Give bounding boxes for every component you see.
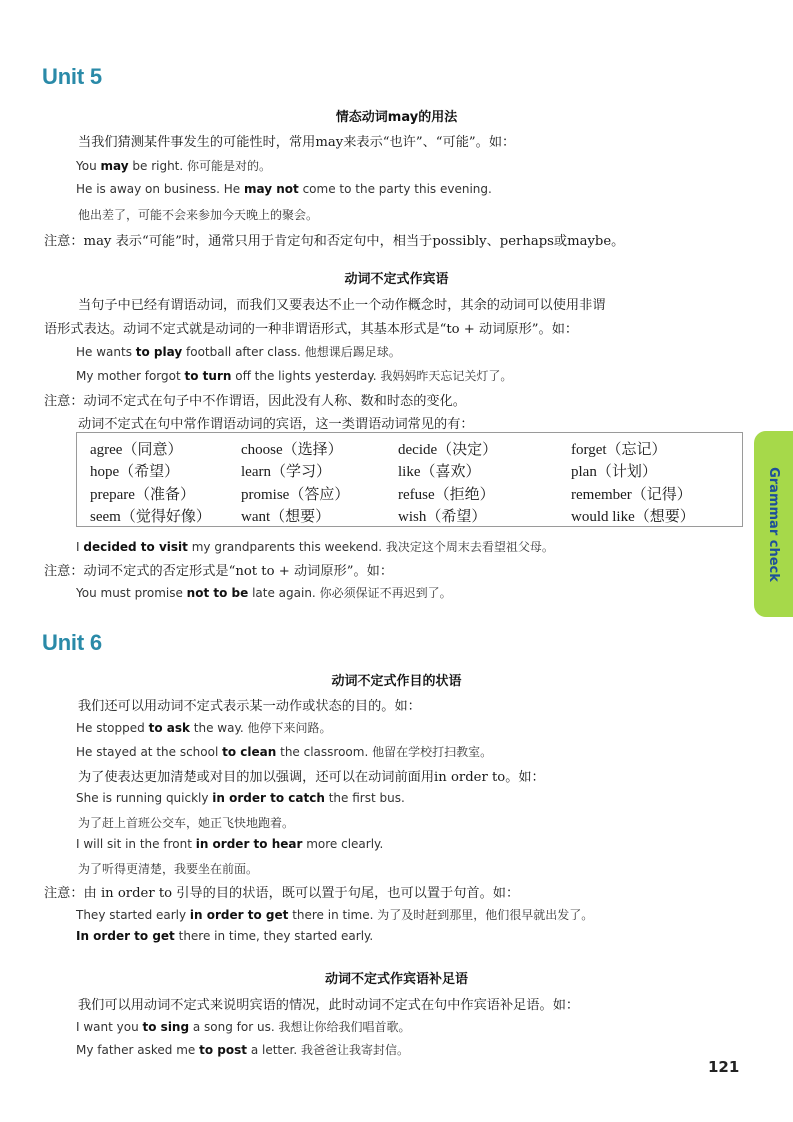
- unit6-s1-note: 注意：由 in order to 引导的目的状语，既可以置于句尾，也可以置于句首…: [44, 882, 519, 901]
- verb-cell: agree（同意）: [90, 438, 182, 459]
- unit5-s2-note2: 动词不定式在句中常作谓语动词的宾语，这一类谓语动词常见的有：: [78, 413, 474, 432]
- unit5-s1-intro: 当我们猜测某件事发生的可能性时，常用may来表示“也许”、“可能”。如：: [78, 131, 515, 150]
- unit5-s1-note: 注意：may 表示“可能”时，通常只用于肯定句和否定句中，相当于possibly…: [44, 230, 624, 249]
- grammar-check-tab-label: Grammar check: [754, 431, 793, 617]
- unit6-s1-example1: He stopped to ask the way. 他停下来问路。: [76, 719, 331, 736]
- unit5-s1-example2: He is away on business. He may not come …: [76, 182, 492, 196]
- unit6-s1-example4-cn: 为了听得更清楚，我要坐在前面。: [78, 860, 258, 877]
- unit6-s1-example4: I will sit in the front in order to hear…: [76, 837, 383, 851]
- unit5-s2-note1: 注意：动词不定式在句子中不作谓语，因此没有人称、数和时态的变化。: [44, 390, 466, 409]
- page-number: 121: [708, 1058, 739, 1076]
- unit5-s1-example1: You may be right. 你可能是对的。: [76, 157, 271, 174]
- unit6-s2-example1: I want you to sing a song for us. 我想让你给我…: [76, 1018, 410, 1035]
- unit6-title: Unit 6: [42, 630, 102, 656]
- verb-cell: promise（答应）: [241, 483, 349, 504]
- unit6-section1-heading: 动词不定式作目的状语: [0, 670, 793, 689]
- verb-table: agree（同意） choose（选择） decide（决定） forget（忘…: [76, 432, 743, 527]
- verb-cell: want（想要）: [241, 505, 330, 526]
- unit5-s2-example3: I decided to visit my grandparents this …: [76, 538, 554, 555]
- unit6-s1-example2: He stayed at the school to clean the cla…: [76, 743, 492, 760]
- unit5-s2-intro-line1: 当句子中已经有谓语动词，而我们又要表达不止一个动作概念时，其余的动词可以使用非谓: [78, 294, 606, 313]
- verb-cell: plan（计划）: [571, 460, 657, 481]
- unit6-s1-intro2: 为了使表达更加清楚或对目的加以强调，还可以在动词前面用in order to。如…: [78, 766, 545, 785]
- unit6-s2-example2: My father asked me to post a letter. 我爸爸…: [76, 1041, 409, 1058]
- unit6-s1-example3-cn: 为了赶上首班公交车，她正飞快地跑着。: [78, 814, 294, 831]
- unit5-section2-heading: 动词不定式作宾语: [0, 268, 793, 287]
- unit5-s1-example2-cn: 他出差了，可能不会来参加今天晚上的聚会。: [78, 206, 318, 223]
- unit6-section2-heading: 动词不定式作宾语补足语: [0, 968, 793, 987]
- unit6-s2-intro: 我们可以用动词不定式来说明宾语的情况，此时动词不定式在句中作宾语补足语。如：: [78, 994, 579, 1013]
- verb-cell: like（喜欢）: [398, 460, 481, 481]
- unit6-s1-example6: In order to get there in time, they star…: [76, 929, 373, 943]
- verb-cell: hope（希望）: [90, 460, 179, 481]
- unit5-s2-example4: You must promise not to be late again. 你…: [76, 584, 452, 601]
- verb-cell: forget（忘记）: [571, 438, 667, 459]
- verb-cell: remember（记得）: [571, 483, 692, 504]
- unit6-s1-example3: She is running quickly in order to catch…: [76, 791, 405, 805]
- verb-cell: wish（希望）: [398, 505, 486, 526]
- unit5-s2-note3: 注意：动词不定式的否定形式是“not to + 动词原形”。如：: [44, 560, 393, 579]
- unit5-section1-heading: 情态动词may的用法: [0, 106, 793, 125]
- verb-cell: prepare（准备）: [90, 483, 195, 504]
- verb-cell: learn（学习）: [241, 460, 331, 481]
- unit5-s2-example1: He wants to play football after class. 他…: [76, 343, 401, 360]
- unit5-s2-intro-line2: 语形式表达。动词不定式就是动词的一种非谓语形式，其基本形式是“to + 动词原形…: [44, 318, 578, 337]
- unit5-s2-example2: My mother forgot to turn off the lights …: [76, 367, 512, 384]
- verb-cell: choose（选择）: [241, 438, 343, 459]
- verb-cell: decide（决定）: [398, 438, 497, 459]
- verb-cell: would like（想要）: [571, 505, 695, 526]
- unit6-s1-intro: 我们还可以用动词不定式表示某一动作或状态的目的。如：: [78, 695, 421, 714]
- unit5-title: Unit 5: [42, 64, 102, 90]
- unit6-s1-example5: They started early in order to get there…: [76, 906, 593, 923]
- verb-cell: refuse（拒绝）: [398, 483, 495, 504]
- verb-cell: seem（觉得好像）: [90, 505, 211, 526]
